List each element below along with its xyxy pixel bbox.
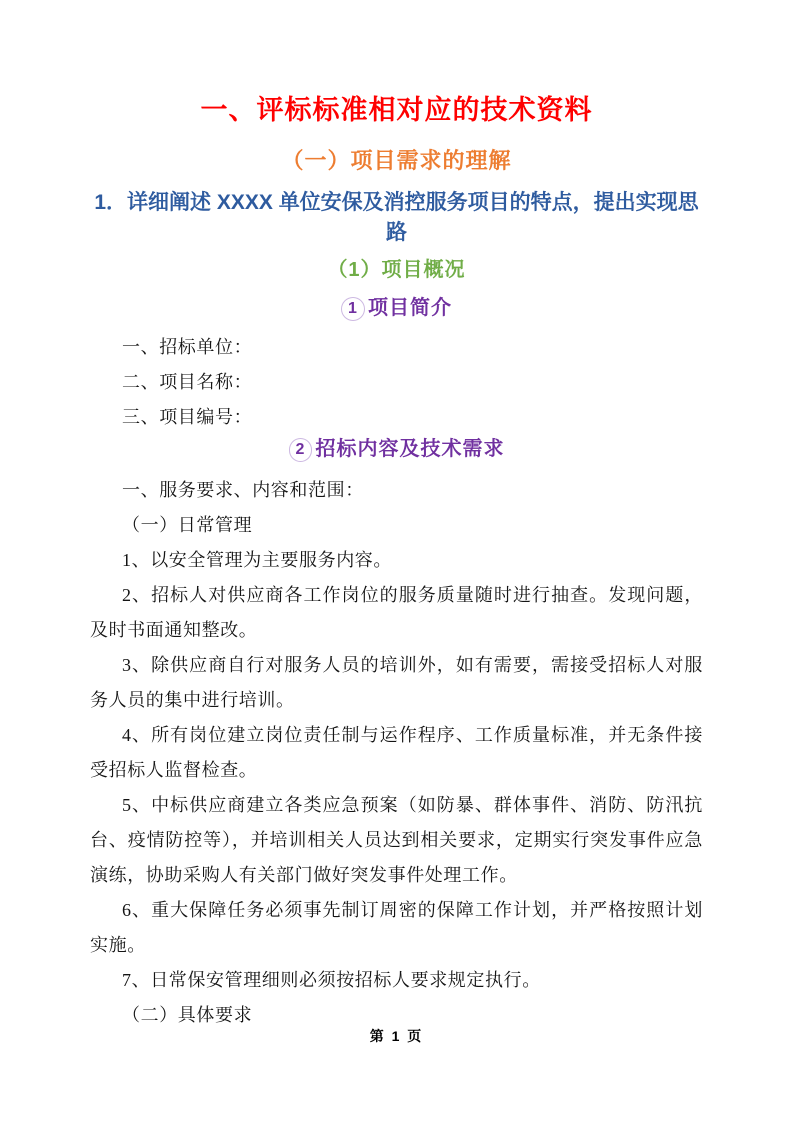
body-paragraph: 1、以安全管理为主要服务内容。 (90, 543, 703, 578)
section-heading: （一）项目需求的理解 (90, 146, 703, 176)
document-page: 一、评标标准相对应的技术资料 （一）项目需求的理解 1．详细阐述 XXXX 单位… (0, 0, 793, 1122)
intro-line: 一、招标单位： (90, 330, 703, 365)
intro-line: 三、项目编号： (90, 400, 703, 435)
page-footer: 第 1 页 (0, 1026, 793, 1046)
chapter-number-circle: 1 (341, 297, 365, 321)
intro-line: 二、项目名称： (90, 365, 703, 400)
body-paragraph: 6、重大保障任务必须事先制订周密的保障工作计划，并严格按照计划实施。 (90, 893, 703, 963)
chapter-label: 项目简介 (368, 297, 452, 319)
topic-heading: 1．详细阐述 XXXX 单位安保及消控服务项目的特点，提出实现思路 (90, 188, 703, 248)
body-paragraph: 7、日常保安管理细则必须按招标人要求规定执行。 (90, 963, 703, 998)
overview-heading: （1）项目概况 (90, 256, 703, 284)
body-paragraph: 一、服务要求、内容和范围： (90, 473, 703, 508)
body-paragraph: 3、除供应商自行对服务人员的培训外，如有需要，需接受招标人对服务人员的集中进行培… (90, 648, 703, 718)
body-paragraph: 2、招标人对供应商各工作岗位的服务质量随时进行抽查。发现问题，及时书面通知整改。 (90, 578, 703, 648)
document-content: 一、评标标准相对应的技术资料 （一）项目需求的理解 1．详细阐述 XXXX 单位… (0, 0, 793, 1033)
chapter-heading-2: 2招标内容及技术需求 (90, 435, 703, 463)
body-paragraph: 4、所有岗位建立岗位责任制与运作程序、工作质量标准，并无条件接受招标人监督检查。 (90, 718, 703, 788)
chapter-heading-1: 1项目简介 (90, 294, 703, 322)
body-paragraph: 5、中标供应商建立各类应急预案（如防暴、群体事件、消防、防汛抗台、疫情防控等），… (90, 788, 703, 893)
main-title: 一、评标标准相对应的技术资料 (90, 92, 703, 128)
page-number: 第 1 页 (370, 1028, 424, 1044)
chapter-label: 招标内容及技术需求 (315, 438, 504, 460)
chapter-number-circle: 2 (289, 438, 313, 462)
body-paragraph: （一）日常管理 (90, 508, 703, 543)
